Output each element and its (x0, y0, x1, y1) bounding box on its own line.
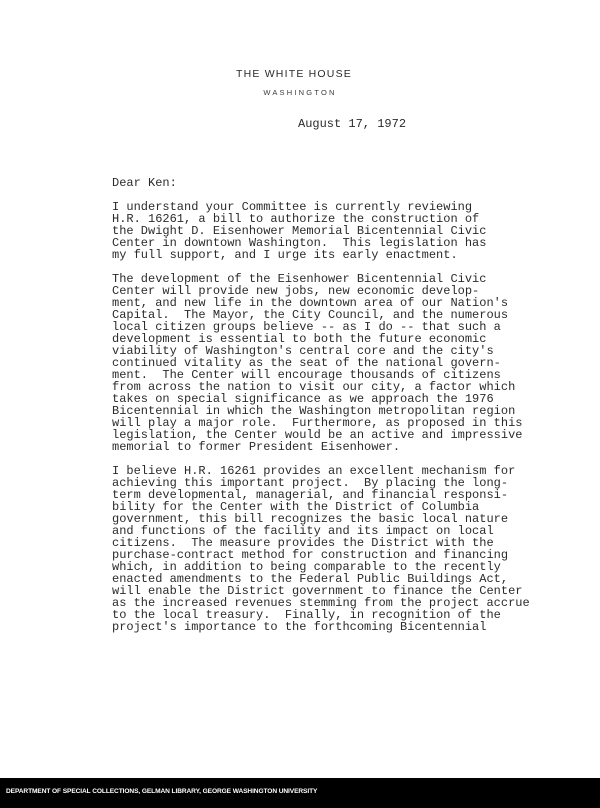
letterhead-title: THE WHITE HOUSE (0, 68, 588, 80)
letterhead-location: WASHINGTON (0, 88, 600, 97)
text-line: memorial to former President Eisenhower. (112, 441, 530, 453)
letter-body: Dear Ken: I understand your Committee is… (112, 177, 530, 645)
text-line: my full support, and I urge its early en… (112, 249, 530, 261)
salutation: Dear Ken: (112, 177, 530, 189)
letter-page: THE WHITE HOUSE WASHINGTON August 17, 19… (0, 0, 600, 778)
archive-footer: DEPARTMENT OF SPECIAL COLLECTIONS, GELMA… (0, 778, 600, 808)
archive-credit: DEPARTMENT OF SPECIAL COLLECTIONS, GELMA… (6, 788, 317, 795)
text-line: project's importance to the forthcoming … (112, 621, 530, 633)
paragraph: I understand your Committee is currently… (112, 201, 530, 261)
letter-paragraphs: I understand your Committee is currently… (112, 201, 530, 633)
paragraph: The development of the Eisenhower Bicent… (112, 273, 530, 453)
letter-date: August 17, 1972 (298, 117, 406, 131)
paragraph: I believe H.R. 16261 provides an excelle… (112, 465, 530, 633)
